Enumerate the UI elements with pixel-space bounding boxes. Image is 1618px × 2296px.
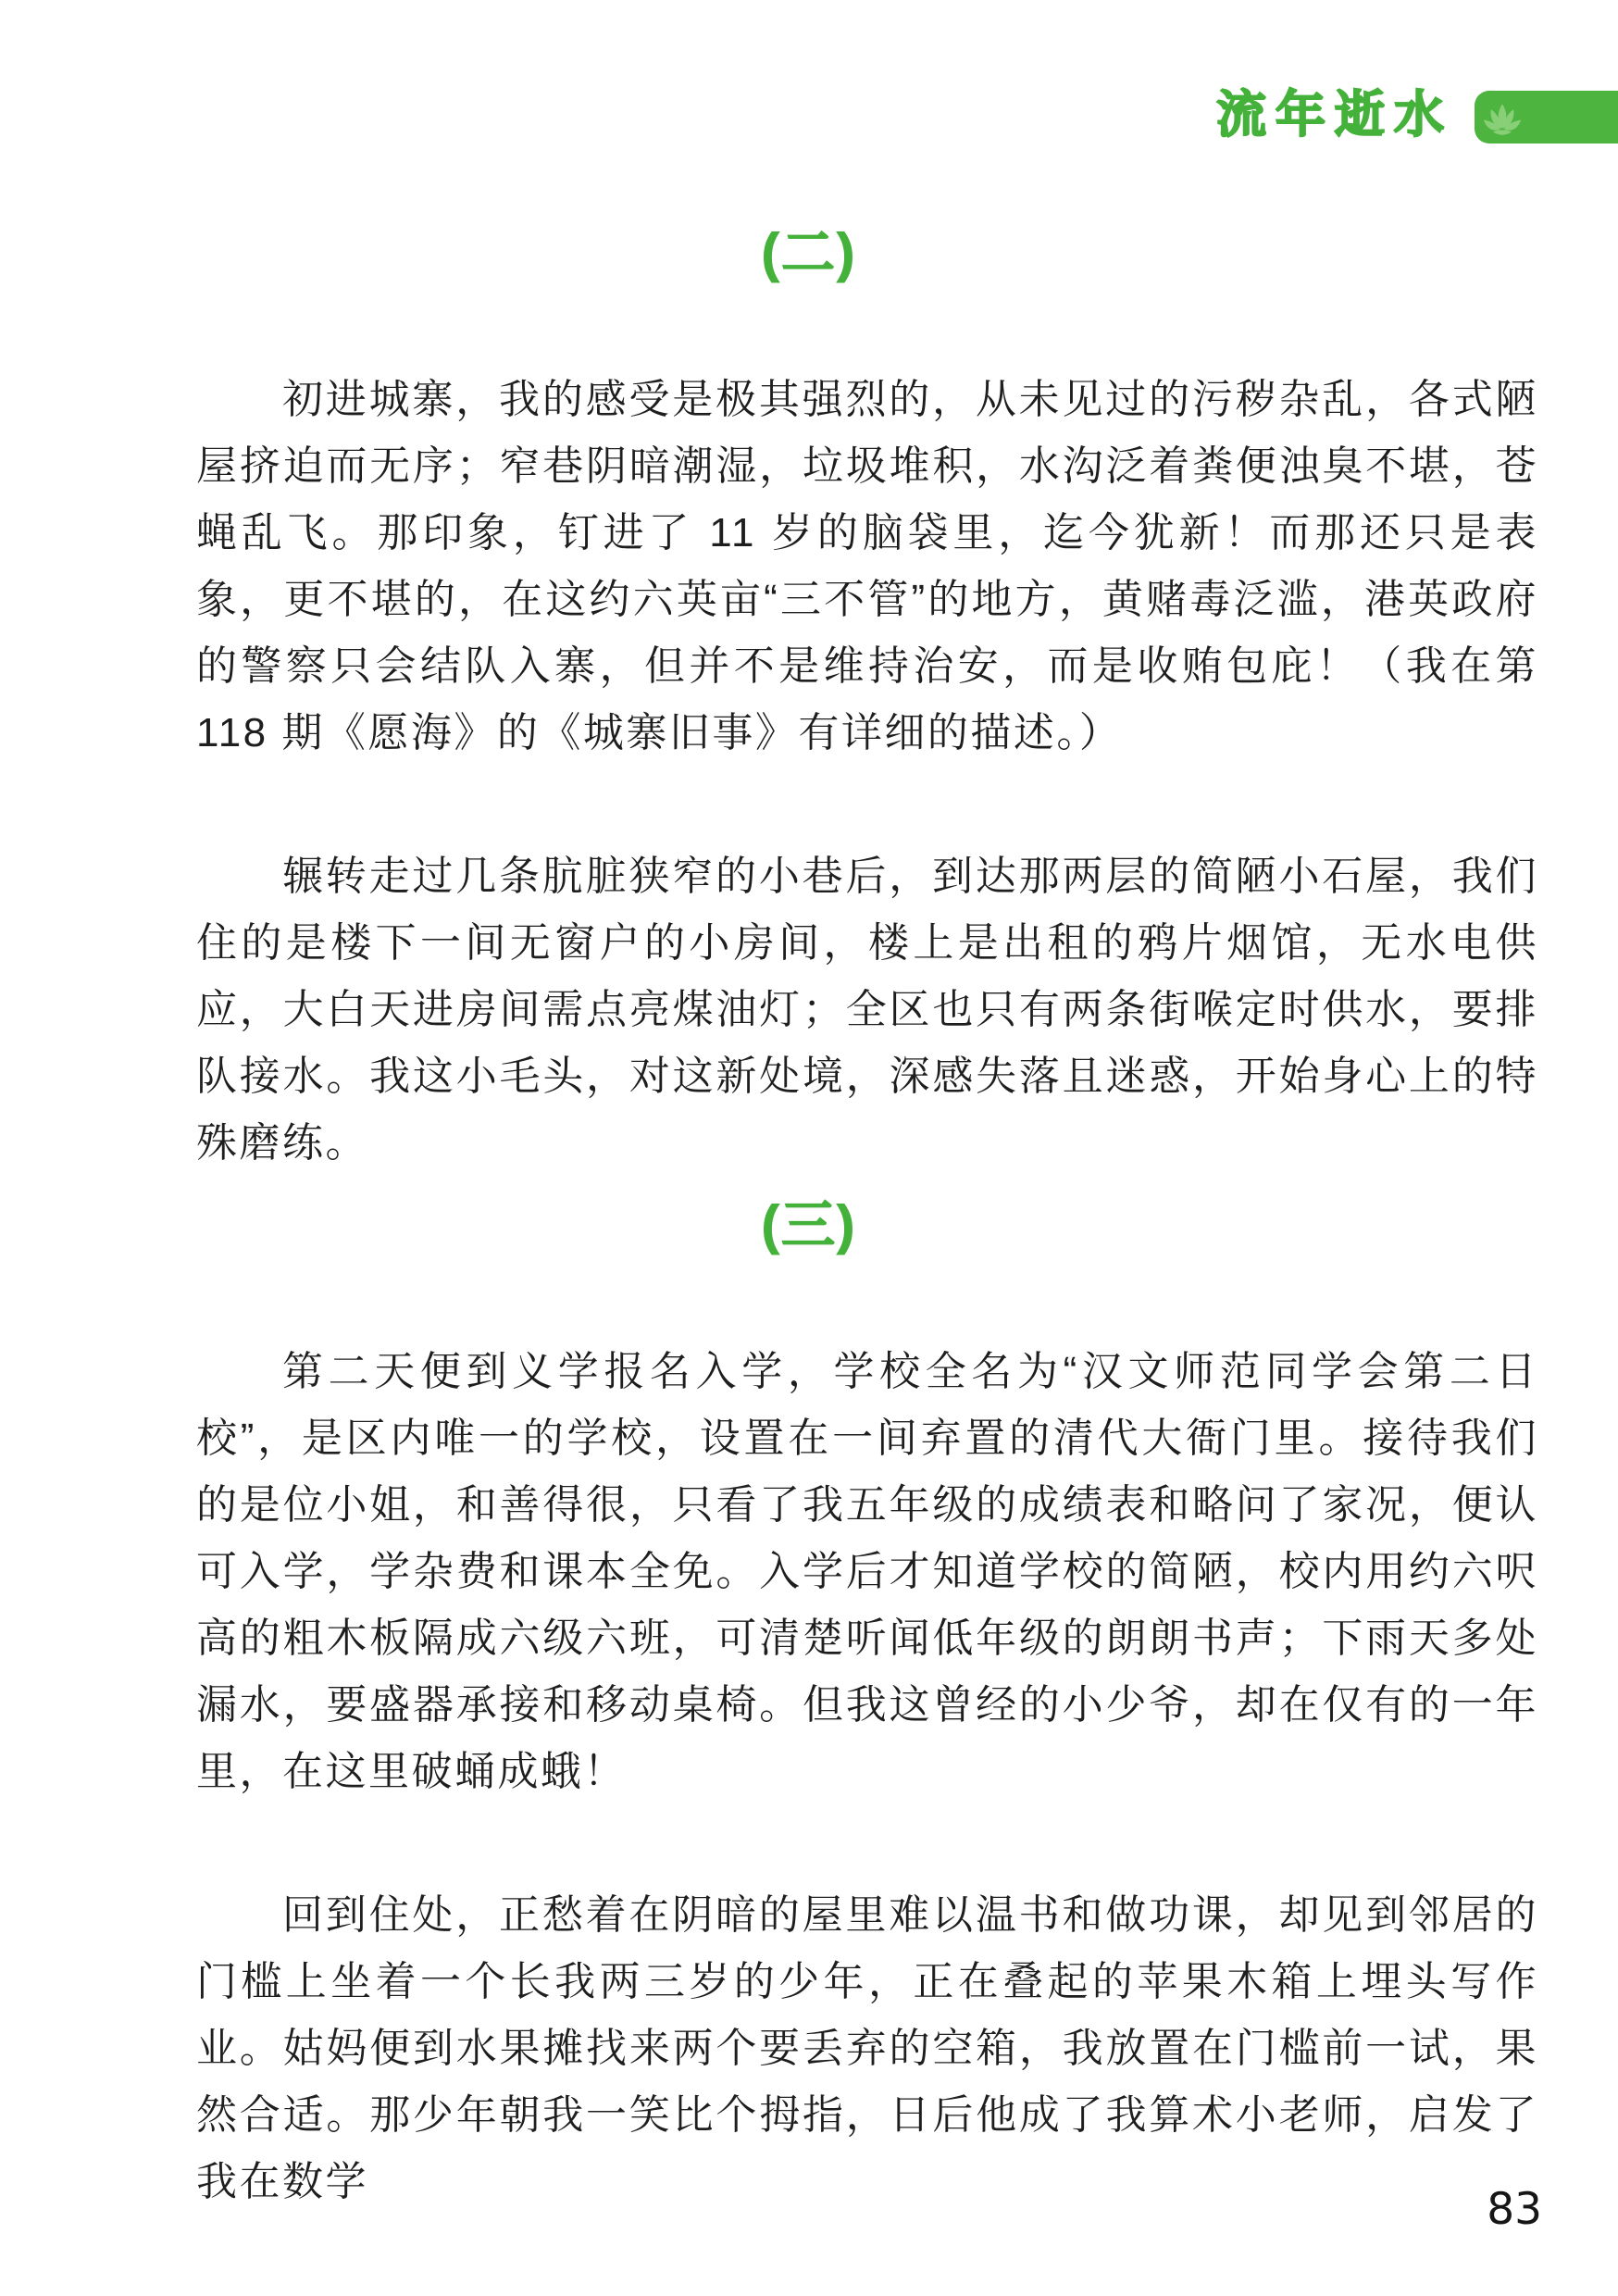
paragraph: 回到住处，正愁着在阴暗的屋里难以温书和做功课，却见到邻居的门槛上坐着一个长我两三…: [196, 1882, 1538, 2215]
lotus-icon: [1481, 100, 1524, 143]
paragraph: 辗转走过几条肮脏狭窄的小巷后，到达那两层的简陋小石屋，我们住的是楼下一间无窗户的…: [196, 843, 1538, 1177]
page-header-title: 流年逝水: [1216, 90, 1453, 140]
brand-bar: [1475, 91, 1618, 143]
paragraph: 初进城寨，我的感受是极其强烈的，从未见过的污秽杂乱，各式陋屋挤迫而无序；窄巷阴暗…: [196, 367, 1538, 767]
page-number: 83: [1487, 2188, 1542, 2231]
section-heading-2: (二): [0, 224, 1618, 283]
paragraph: 第二天便到义学报名入学，学校全名为“汉文师范同学会第二日校”，是区内唯一的学校，…: [196, 1339, 1538, 1805]
book-page: 流年逝水 (二) 初进城寨，我的感受是极其强烈的，从未见过的污秽杂乱，各式陋屋挤…: [0, 0, 1618, 2296]
section-heading-3: (三): [0, 1196, 1618, 1255]
